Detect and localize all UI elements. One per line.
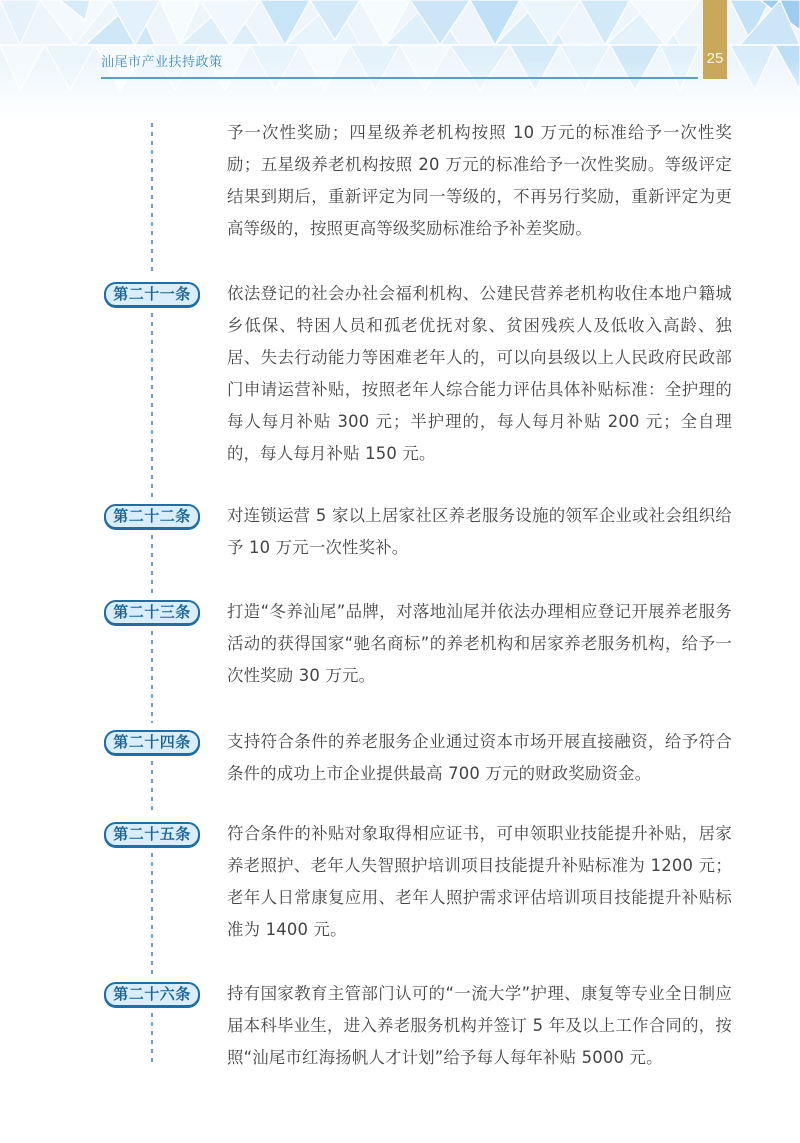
timeline-dashed-line (151, 1013, 153, 1065)
continuation-paragraph: 予一次性奖励；四星级养老机构按照 10 万元的标准给予一次性奖励；五星级养老机构… (227, 117, 732, 245)
article-21-text: 依法登记的社会办社会福利机构、公建民营养老机构收住本地户籍城乡低保、特困人员和孤… (227, 278, 732, 470)
article-26-badge: 第二十六条 (104, 982, 200, 1007)
article-23-badge: 第二十三条 (104, 600, 200, 625)
article-25-badge: 第二十五条 (104, 822, 200, 847)
header-divider (101, 77, 698, 79)
timeline-dashed-line (151, 761, 153, 815)
timeline-dashed-line (151, 853, 153, 975)
article-24-text: 支持符合条件的养老服务企业通过资本市场开展直接融资，给予符合条件的成功上市企业提… (227, 726, 732, 790)
timeline-dashed-line (151, 313, 153, 497)
page-number-tab (703, 0, 727, 79)
article-22-text: 对连锁运营 5 家以上居家社区养老服务设施的领军企业或社会组织给予 10 万元一… (227, 500, 732, 564)
article-24-badge: 第二十四条 (104, 730, 200, 755)
timeline-dashed-line (151, 631, 153, 723)
article-21-badge: 第二十一条 (104, 282, 200, 307)
article-22-badge: 第二十二条 (104, 504, 200, 529)
timeline-dashed-line (151, 535, 153, 593)
timeline-dashed-line (151, 123, 153, 275)
running-header-title: 汕尾市产业扶持政策 (101, 51, 223, 70)
article-26-text: 持有国家教育主管部门认可的“一流大学”护理、康复等专业全日制应届本科毕业生，进入… (227, 978, 732, 1074)
article-23-text: 打造“冬养汕尾”品牌，对落地汕尾并依法办理相应登记开展养老服务活动的获得国家“驰… (227, 596, 732, 692)
article-25-text: 符合条件的补贴对象取得相应证书，可申领职业技能提升补贴，居家养老照护、老年人失智… (227, 818, 732, 946)
page-number: 25 (703, 50, 727, 67)
